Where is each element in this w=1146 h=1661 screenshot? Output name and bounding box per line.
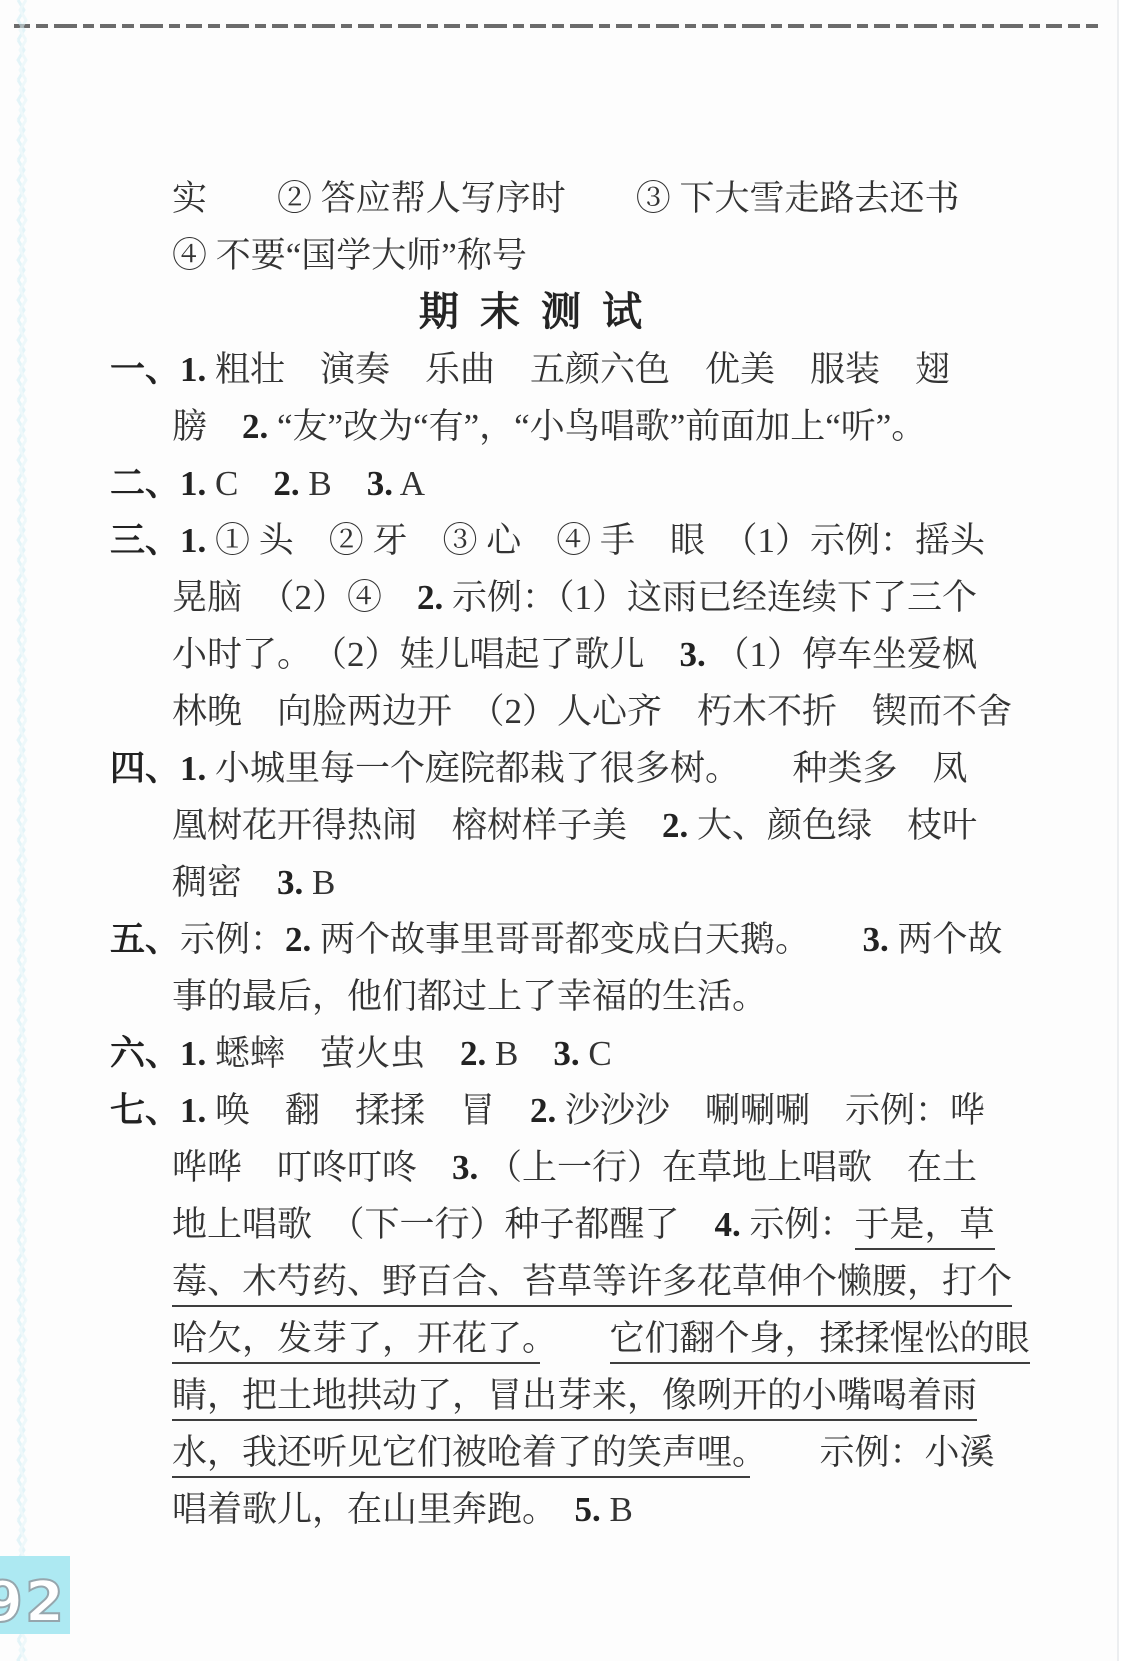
answer-line: 睛，把土地拱动了，冒出芽来，像咧开的小嘴喝着雨 <box>0 1367 1146 1424</box>
answer-text: 晃脑 （2）④ <box>172 578 417 617</box>
answer-line: 四、1. 小城里每一个庭院都栽了很多树。 种类多 凤 <box>0 740 1146 797</box>
answer-number: 3. <box>553 1034 579 1073</box>
answer-content: 实 ② 答应帮人写序时 ③ 下大雪走路去还书④ 不要“国学大师”称号 期 末 测… <box>0 170 1146 1538</box>
answer-text: 哗哗 叮咚叮咚 <box>172 1148 452 1187</box>
answer-text: A <box>393 464 425 503</box>
answer-text: 实 ② 答应帮人写序时 ③ 下大雪走路去还书 <box>172 179 960 218</box>
answer-text: ④ 不要“国学大师”称号 <box>172 236 527 275</box>
page: 实 ② 答应帮人写序时 ③ 下大雪走路去还书④ 不要“国学大师”称号 期 末 测… <box>0 0 1146 1661</box>
answer-line: 哈欠，发芽了，开花了。 它们翻个身，揉揉惺忪的眼 <box>0 1310 1146 1367</box>
answer-number: 3. <box>863 920 889 959</box>
answer-line: 晃脑 （2）④ 2. 示例：（1）这雨已经连续下了三个 <box>0 569 1146 626</box>
answer-number: 3. <box>367 464 393 503</box>
answer-text: （上一行）在草地上唱歌 在土 <box>478 1148 977 1187</box>
page-number-badge: 92 <box>0 1556 70 1634</box>
answer-text: 大、颜色绿 枝叶 <box>688 806 977 845</box>
answer-text: 粗壮 演奏 乐曲 五颜六色 优美 服装 翅 <box>206 350 950 389</box>
pre-title-lines: 实 ② 答应帮人写序时 ③ 下大雪走路去还书④ 不要“国学大师”称号 <box>0 170 1146 284</box>
answer-text: “友”改为“有”，“小鸟唱歌”前面加上“听”。 <box>268 407 926 446</box>
answer-line: 哗哗 叮咚叮咚 3. （上一行）在草地上唱歌 在土 <box>0 1139 1146 1196</box>
answer-number: 2. <box>273 464 299 503</box>
answer-text: B <box>300 464 367 503</box>
answer-text: 事的最后，他们都过上了幸福的生活。 <box>172 977 767 1016</box>
answer-text: C <box>580 1034 612 1073</box>
answer-number: 3. <box>452 1148 478 1187</box>
answer-number: 2. <box>242 407 268 446</box>
answer-number: 七、1. <box>110 1091 206 1130</box>
answer-text: 示例：（1）这雨已经连续下了三个 <box>443 578 977 617</box>
answer-line: 一、1. 粗壮 演奏 乐曲 五颜六色 优美 服装 翅 <box>0 341 1146 398</box>
answer-number: 3. <box>680 635 706 674</box>
answer-text: 小城里每一个庭院都栽了很多树。 种类多 凤 <box>206 749 967 788</box>
answer-line: 五、示例：2. 两个故事里哥哥都变成白天鹅。 3. 两个故 <box>0 911 1146 968</box>
answer-line: 实 ② 答应帮人写序时 ③ 下大雪走路去还书 <box>0 170 1146 227</box>
page-edge-dashed-line <box>14 24 1098 28</box>
answer-number: 六、1. <box>110 1034 206 1073</box>
answer-number: 4. <box>715 1205 741 1244</box>
answer-text: 稠密 <box>172 863 277 902</box>
answer-text: 两个故事里哥哥都变成白天鹅。 <box>311 920 862 959</box>
page-number: 92 <box>0 1572 66 1634</box>
answer-line: ④ 不要“国学大师”称号 <box>0 227 1146 284</box>
answer-line: 稠密 3. B <box>0 854 1146 911</box>
answer-number: 四、1. <box>110 749 206 788</box>
underlined-text: 睛，把土地拱动了，冒出芽来，像咧开的小嘴喝着雨 <box>172 1376 977 1421</box>
answer-line: 地上唱歌 （下一行）种子都醒了 4. 示例：于是，草 <box>0 1196 1146 1253</box>
answer-text <box>540 1319 610 1358</box>
answer-text: （1）停车坐爱枫 <box>706 635 977 674</box>
answer-number: 三、1. <box>110 521 206 560</box>
answer-line: 林晚 向脸两边开 （2）人心齐 朽木不折 锲而不舍 <box>0 683 1146 740</box>
underlined-text: 哈欠，发芽了，开花了。 <box>172 1319 540 1364</box>
answer-text: B <box>303 863 335 902</box>
answer-line: 莓、木芍药、野百合、苔草等许多花草伸个懒腰，打个 <box>0 1253 1146 1310</box>
answer-line: 唱着歌儿，在山里奔跑。 5. B <box>0 1481 1146 1538</box>
answer-text: C <box>206 464 273 503</box>
answer-text: B <box>601 1490 633 1529</box>
answer-text: 沙沙沙 唰唰唰 示例：哗 <box>556 1091 985 1130</box>
answer-text: 示例：小溪 <box>750 1433 995 1472</box>
underlined-text: 水，我还听见它们被呛着了的笑声哩。 <box>172 1433 750 1478</box>
answer-line: 小时了。 （2）娃儿唱起了歌儿 3. （1）停车坐爱枫 <box>0 626 1146 683</box>
answer-number: 3. <box>277 863 303 902</box>
answer-text: ① 头 ② 牙 ③ 心 ④ 手 眼 （1）示例：摇头 <box>206 521 985 560</box>
answer-text: 唤 翻 揉揉 冒 <box>206 1091 530 1130</box>
underlined-text: 莓、木芍药、野百合、苔草等许多花草伸个懒腰，打个 <box>172 1262 1012 1307</box>
answer-number: 2. <box>285 920 311 959</box>
answer-number: 二、1. <box>110 464 206 503</box>
answer-text: 地上唱歌 （下一行）种子都醒了 <box>172 1205 715 1244</box>
answer-line: 三、1. ① 头 ② 牙 ③ 心 ④ 手 眼 （1）示例：摇头 <box>0 512 1146 569</box>
answer-text: 凰树花开得热闹 榕树样子美 <box>172 806 662 845</box>
answer-line: 二、1. C 2. B 3. A <box>0 455 1146 512</box>
answer-text: 蟋蟀 萤火虫 <box>206 1034 460 1073</box>
answer-text: 示例： <box>741 1205 855 1244</box>
underlined-text: 它们翻个身，揉揉惺忪的眼 <box>610 1319 1030 1364</box>
answer-lines: 一、1. 粗壮 演奏 乐曲 五颜六色 优美 服装 翅膀 2. “友”改为“有”，… <box>0 341 1146 1538</box>
answer-line: 凰树花开得热闹 榕树样子美 2. 大、颜色绿 枝叶 <box>0 797 1146 854</box>
answer-line: 水，我还听见它们被呛着了的笑声哩。 示例：小溪 <box>0 1424 1146 1481</box>
answer-text: 林晚 向脸两边开 （2）人心齐 朽木不折 锲而不舍 <box>172 692 1012 731</box>
section-title: 期 末 测 试 <box>0 284 1146 341</box>
answer-line: 膀 2. “友”改为“有”，“小鸟唱歌”前面加上“听”。 <box>0 398 1146 455</box>
answer-line: 事的最后，他们都过上了幸福的生活。 <box>0 968 1146 1025</box>
answer-number: 2. <box>460 1034 486 1073</box>
answer-text: B <box>486 1034 553 1073</box>
answer-number: 一、1. <box>110 350 206 389</box>
answer-number: 5. <box>575 1490 601 1529</box>
answer-line: 七、1. 唤 翻 揉揉 冒 2. 沙沙沙 唰唰唰 示例：哗 <box>0 1082 1146 1139</box>
answer-text: 小时了。 （2）娃儿唱起了歌儿 <box>172 635 680 674</box>
answer-number: 2. <box>417 578 443 617</box>
answer-text: 唱着歌儿，在山里奔跑。 <box>172 1490 575 1529</box>
answer-number: 五、 <box>110 920 180 959</box>
answer-line: 六、1. 蟋蟀 萤火虫 2. B 3. C <box>0 1025 1146 1082</box>
answer-text: 膀 <box>172 407 242 446</box>
underlined-text: 于是，草 <box>855 1205 995 1250</box>
answer-number: 2. <box>530 1091 556 1130</box>
answer-text: 两个故 <box>889 920 1003 959</box>
answer-number: 2. <box>662 806 688 845</box>
answer-text: 示例： <box>180 920 285 959</box>
